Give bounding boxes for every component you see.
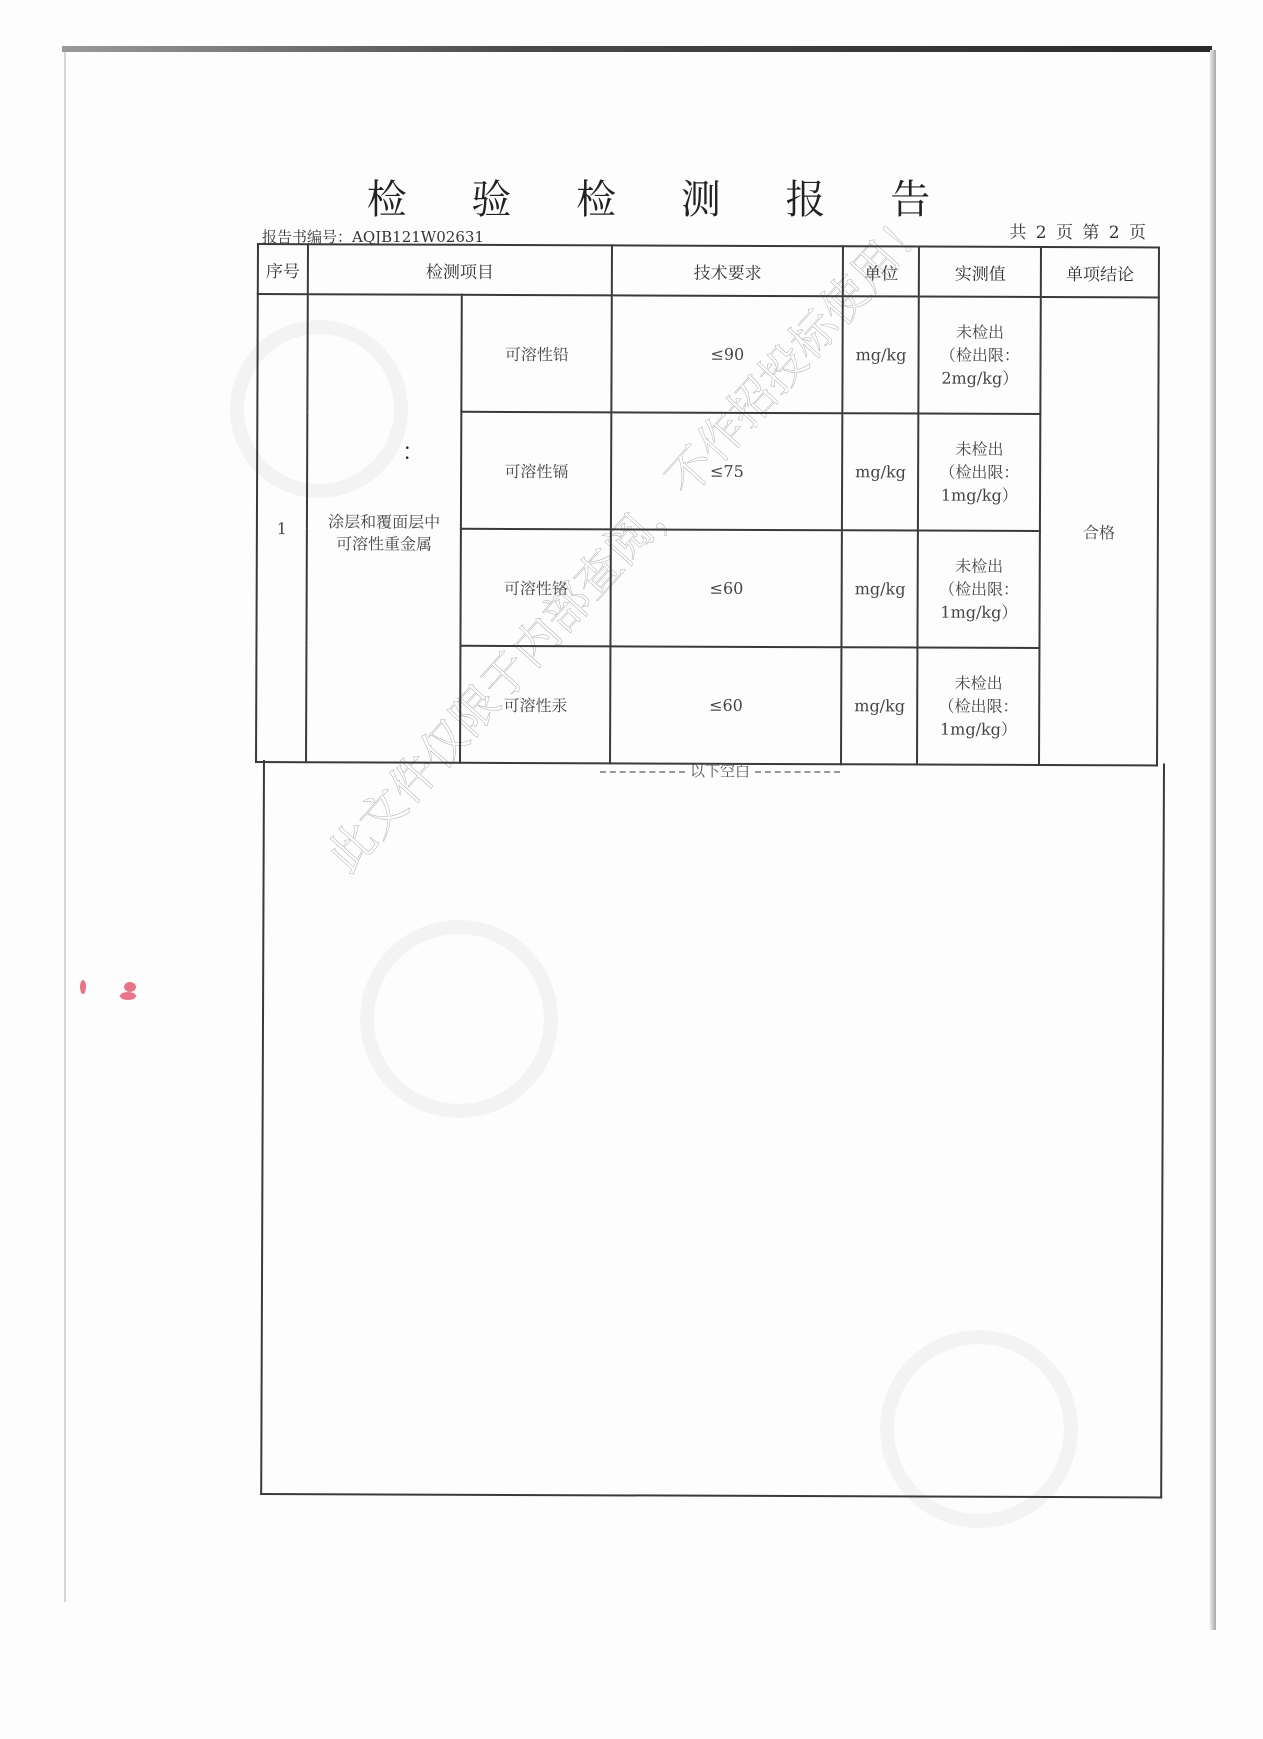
measured-line: 未检出: [920, 438, 1040, 461]
measured-cell: 未检出 （检出限： 1mg/kg）: [918, 531, 1040, 648]
blank-area: [260, 760, 1165, 1498]
measured-line: 未检出: [920, 321, 1040, 344]
item-cell: 可溶性铅: [462, 295, 612, 413]
measured-line: 1mg/kg）: [919, 718, 1039, 741]
group-name-line1: 涂层和覆面层中: [308, 501, 461, 534]
header-measured: 实测值: [919, 247, 1041, 297]
requirement-cell: ≤60: [610, 646, 842, 764]
blank-marker: 以下空白: [560, 760, 880, 781]
measured-line: 未检出: [919, 672, 1039, 695]
header-seq: 序号: [258, 244, 308, 294]
unit-cell: mg/kg: [842, 530, 918, 647]
header-conclusion: 单项结论: [1041, 247, 1159, 297]
measured-line: 未检出: [919, 555, 1039, 578]
results-table: 序号 检测项目 技术要求 单位 实测值 单项结论 1 ·· 涂层和覆面层中 可溶…: [255, 243, 1160, 766]
dash-line-left: [600, 771, 685, 773]
measured-cell: 未检出 （检出限： 2mg/kg）: [919, 297, 1041, 414]
dash-line-right: [755, 771, 840, 773]
page-indicator: 共 2 页 第 2 页: [1009, 218, 1148, 243]
group-name-cell: ·· 涂层和覆面层中 可溶性重金属: [306, 294, 462, 763]
measured-line: 2mg/kg）: [920, 367, 1040, 390]
unit-cell: mg/kg: [842, 413, 918, 530]
report-title: 检 验 检 测 报 告: [0, 168, 1263, 225]
dots-mark: ··: [404, 443, 410, 463]
red-ink-marks: [80, 980, 140, 1040]
measured-line: （检出限：: [919, 695, 1039, 718]
measured-line: 1mg/kg）: [919, 601, 1039, 624]
measured-cell: 未检出 （检出限： 1mg/kg）: [917, 648, 1039, 765]
measured-cell: 未检出 （检出限： 1mg/kg）: [918, 414, 1040, 531]
unit-cell: mg/kg: [841, 647, 917, 764]
seq-cell: 1: [256, 294, 308, 762]
scan-right-edge: [1210, 50, 1216, 1630]
table-header-row: 序号 检测项目 技术要求 单位 实测值 单项结论: [258, 244, 1159, 297]
measured-line: （检出限：: [919, 461, 1039, 484]
blank-marker-text: 以下空白: [690, 762, 750, 780]
scan-top-edge: [62, 46, 1212, 52]
header-item: 检测项目: [308, 244, 612, 295]
scan-left-edge: [64, 52, 66, 1602]
group-name-line2: 可溶性重金属: [308, 533, 461, 556]
conclusion-cell: 合格: [1039, 297, 1159, 765]
item-cell: 可溶性镉: [461, 412, 611, 530]
measured-line: （检出限：: [920, 344, 1040, 367]
measured-line: 1mg/kg）: [919, 484, 1039, 507]
measured-line: （检出限：: [919, 578, 1039, 601]
